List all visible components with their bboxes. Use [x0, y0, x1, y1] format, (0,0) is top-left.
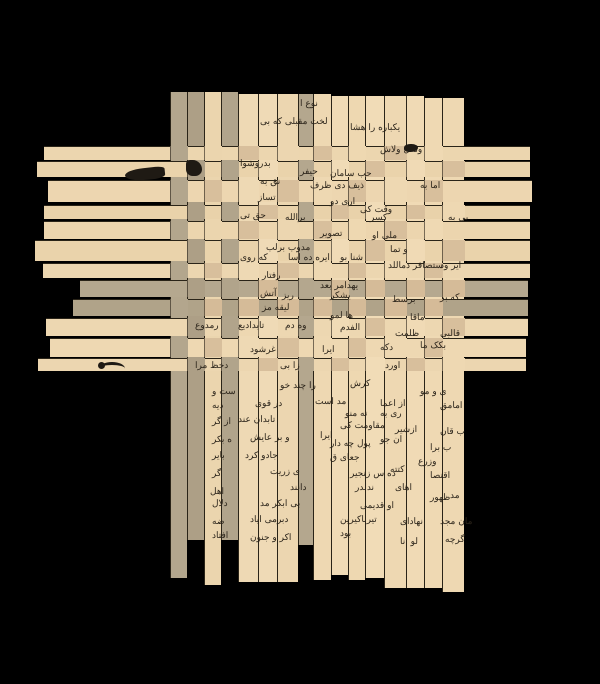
weave-crossing	[424, 146, 443, 160]
weave-crossing	[221, 205, 239, 219]
persian-text-fragment: در قوی	[255, 400, 282, 409]
persian-text-fragment: مدوب برلب	[266, 244, 310, 253]
ornament-dot	[98, 362, 105, 369]
weave-crossing	[221, 280, 239, 297]
weave-crossing	[348, 146, 366, 160]
persian-text-fragment: بایر	[212, 452, 225, 461]
weave-crossing	[204, 263, 222, 278]
persian-text-fragment: کتته	[390, 466, 405, 475]
persian-text-fragment: غرشود	[250, 346, 276, 355]
weave-crossing	[348, 338, 366, 357]
persian-text-fragment: کسر	[370, 214, 387, 223]
persian-text-fragment: و تما	[390, 246, 408, 255]
persian-text-fragment: اکر و جنون	[250, 534, 291, 543]
persian-text-fragment: ملی او	[372, 232, 397, 241]
persian-text-fragment: اهای	[395, 484, 412, 493]
persian-text-fragment: لو انا	[400, 538, 418, 547]
persian-text-fragment: که روی	[240, 254, 268, 263]
persian-text-fragment: حیفر	[300, 168, 318, 177]
weave-crossing	[221, 318, 239, 336]
persian-text-fragment: ظهور	[430, 494, 450, 503]
persian-text-fragment: ازشیر	[395, 426, 417, 435]
persian-text-fragment: ری به	[380, 410, 402, 419]
persian-text-fragment: دکه	[380, 344, 393, 353]
persian-text-fragment: برسط	[392, 296, 416, 305]
weave-crossing	[442, 240, 465, 261]
weave-crossing	[442, 161, 465, 177]
weave-crossing	[204, 299, 222, 316]
weave-crossing	[204, 338, 222, 357]
weave-crossing	[204, 146, 222, 160]
persian-text-fragment: دلال	[212, 500, 228, 509]
weave-crossing	[424, 221, 443, 239]
persian-text-fragment: زا بی	[280, 362, 300, 371]
persian-text-fragment: افتاد	[212, 532, 228, 541]
persian-text-fragment: بود	[340, 530, 351, 539]
persian-text-fragment: تابدادیع	[238, 322, 264, 331]
persian-text-fragment: ه بکر	[212, 436, 232, 445]
weave-crossing	[238, 263, 259, 278]
persian-text-fragment: ریز	[282, 292, 294, 301]
persian-text-fragment: شنا بو	[340, 254, 363, 263]
persian-text-fragment: اهل	[210, 488, 224, 497]
persian-text-fragment: حب سامان	[330, 170, 372, 179]
persian-text-fragment: دانند	[290, 484, 306, 493]
persian-text-fragment: تیرناکیرین	[340, 516, 377, 525]
weave-crossing	[277, 221, 299, 239]
persian-text-fragment: لیقه مز	[262, 304, 289, 313]
persian-text-fragment: جعای ق	[330, 454, 360, 463]
persian-text-fragment: اورد	[385, 362, 400, 371]
persian-text-fragment: ست و	[212, 388, 236, 397]
persian-text-fragment: ایرا	[322, 346, 334, 355]
weave-crossing	[384, 180, 407, 202]
persian-text-fragment: مقاومت کی	[340, 422, 385, 431]
persian-text-fragment: مد است	[315, 398, 346, 407]
persian-text-fragment: ستصافر دماللد	[388, 262, 443, 271]
persian-text-fragment: امامق	[440, 402, 462, 411]
weave-crossing	[170, 299, 188, 316]
weave-crossing	[365, 318, 385, 336]
persian-text-fragment: از گر	[212, 418, 231, 427]
persian-text-fragment: و بر عایش	[250, 434, 290, 443]
persian-text-fragment: ی زریت	[270, 468, 300, 477]
persian-text-fragment: یکباره را هشا	[350, 124, 400, 133]
persian-text-fragment: اری دو	[330, 198, 355, 207]
persian-text-fragment: را چند خو	[280, 382, 316, 391]
persian-text-fragment: مد	[450, 492, 460, 501]
persian-text-fragment: مان مجد	[440, 518, 472, 527]
weave-crossing	[170, 338, 188, 357]
weave-crossing	[348, 263, 366, 278]
weave-crossing	[365, 280, 385, 297]
weave-crossing	[187, 280, 205, 297]
weave-crossing	[406, 358, 425, 371]
persian-text-fragment: ظلمت	[395, 330, 419, 339]
persian-text-fragment: اقتصا	[430, 472, 450, 481]
persian-text-fragment: یهدامر بعد	[320, 282, 358, 291]
weave-crossing	[365, 240, 385, 261]
weave-crossing	[238, 299, 259, 316]
persian-text-fragment: ی و مو	[420, 388, 447, 397]
weave-crossing	[238, 146, 259, 160]
weave-crossing	[170, 180, 188, 202]
weave-crossing	[298, 280, 314, 297]
weave-crossing	[204, 221, 222, 239]
persian-text-fragment: یشکر	[330, 292, 350, 301]
weave-crossing	[277, 146, 299, 160]
weave-crossing	[406, 161, 425, 177]
persian-text-fragment: او قدیمی	[360, 502, 394, 511]
persian-text-fragment: بکک ما	[420, 342, 446, 351]
weave-crossing	[365, 358, 385, 371]
weave-crossing	[187, 205, 205, 219]
weave-crossing	[170, 263, 188, 278]
weave-crossing	[331, 358, 349, 371]
persian-text-fragment: کرش	[350, 380, 370, 389]
weave-crossing	[258, 358, 278, 371]
weave-crossing	[170, 146, 188, 160]
weave-crossing	[238, 180, 259, 202]
persian-text-fragment: آتش	[260, 290, 276, 299]
persian-text-fragment: ب برا	[430, 444, 451, 453]
persian-text-fragment: ذیف دی ظرف	[310, 182, 364, 191]
persian-text-fragment: برالله	[285, 214, 306, 223]
persian-text-fragment: حق تی	[240, 212, 266, 221]
horizontal-paper-strip	[73, 299, 528, 316]
weave-crossing	[221, 240, 239, 261]
persian-text-fragment: ته منو	[345, 410, 367, 419]
weave-crossing	[298, 358, 314, 371]
weave-crossing	[442, 358, 465, 371]
persian-text-fragment: نوع ا	[300, 100, 318, 109]
weave-crossing	[187, 240, 205, 261]
weave-crossing	[406, 240, 425, 261]
weave-crossing	[313, 263, 332, 278]
persian-text-fragment: ان جو	[380, 436, 402, 445]
persian-text-fragment: اما به	[420, 182, 440, 191]
persian-text-fragment: ایره ده اسا	[288, 254, 330, 263]
persian-text-fragment: رفتار	[262, 272, 280, 281]
persian-text-fragment: ایر ود	[440, 262, 461, 271]
persian-text-fragment: دیه	[212, 402, 223, 411]
persian-text-fragment: ب قان	[440, 428, 465, 437]
woven-paper-artwork: نوع الخت مقبلی که بییکباره را هشاوتاتل و…	[0, 0, 600, 684]
weave-crossing	[277, 338, 299, 357]
persian-text-fragment: بدروشوا	[240, 160, 271, 169]
persian-text-fragment: بی ابکر مد	[260, 500, 300, 509]
weave-crossing	[348, 221, 366, 239]
weave-crossing	[170, 221, 188, 239]
persian-text-fragment: نق به	[260, 178, 280, 187]
weave-crossing	[406, 205, 425, 219]
persian-text-fragment: گرچه	[445, 536, 465, 545]
persian-text-fragment: دبرمی ایاد	[250, 516, 288, 525]
weave-crossing	[204, 180, 222, 202]
persian-text-fragment: ضه	[212, 518, 224, 527]
persian-text-fragment: لخت مقبلی که بی	[260, 118, 328, 127]
persian-text-fragment: وه دم	[285, 322, 307, 331]
weave-crossing	[238, 221, 259, 239]
persian-text-fragment: که بر	[440, 294, 459, 303]
persian-text-fragment: جادو کرد	[245, 452, 278, 461]
persian-text-fragment: گر	[212, 470, 221, 479]
persian-text-fragment: پول چه دار	[330, 440, 371, 449]
persian-text-fragment: ماقا	[410, 314, 425, 323]
weave-crossing	[277, 180, 299, 202]
persian-text-fragment: تصویر	[320, 230, 342, 239]
persian-text-fragment: الفدم	[340, 324, 360, 333]
weave-crossing	[331, 205, 349, 219]
persian-text-fragment: وزرع	[418, 458, 436, 467]
weave-crossing	[313, 146, 332, 160]
persian-text-fragment: ها لمو	[330, 312, 353, 321]
persian-text-fragment: نهادای	[400, 518, 423, 527]
persian-text-fragment: تابدان عند	[238, 416, 275, 425]
ink-blot-shape	[186, 160, 202, 176]
persian-text-fragment: تساز	[258, 194, 276, 203]
persian-text-fragment: رمدوع	[195, 322, 219, 331]
persian-text-fragment: بی به	[448, 214, 468, 223]
persian-text-fragment: قالبی	[440, 330, 460, 339]
persian-text-fragment: ده س زنجیر	[350, 470, 396, 479]
persian-text-fragment: ندلدر	[355, 484, 374, 493]
persian-text-fragment: از اعما	[380, 400, 406, 409]
persian-text-fragment: دخظ مرا	[195, 362, 228, 371]
weave-crossing	[221, 161, 239, 177]
